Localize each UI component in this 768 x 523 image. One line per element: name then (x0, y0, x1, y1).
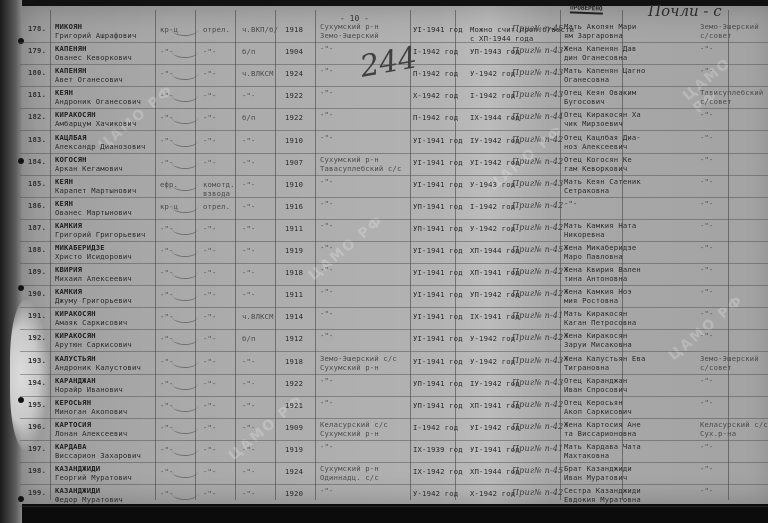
order-signature: Приг№ п-42 (512, 202, 563, 211)
table-row: 178.МИКОЯНГригорий Ашрафовичкр-цотрел.ч.… (0, 21, 768, 43)
missing-since: I-1942 год (470, 92, 515, 101)
kin-address: -"- (700, 332, 714, 341)
callup-date: IХ-1942 год (413, 468, 463, 477)
kin-address: Земо-Эшерский с/совет (700, 23, 759, 40)
given-names: Ованес Мартынович (55, 208, 132, 217)
order-signature: Приг№ п-43 (512, 357, 563, 366)
given-names: Григорий Григорьевич (55, 230, 146, 239)
entry-number: 178. (28, 25, 46, 34)
position: -"- (203, 490, 217, 499)
order-signature: Приг№ п-45 (512, 25, 563, 34)
entry-number: 198. (28, 467, 46, 476)
birth-year: 1910 (285, 181, 303, 190)
order-signature: Приг№ п-45 (512, 467, 563, 476)
callup-date: УI-1941 год (413, 247, 463, 256)
entry-number: 190. (28, 290, 46, 299)
given-names: Григорий Ашрафович (55, 31, 137, 40)
party-membership: -"- (242, 269, 256, 278)
callup-date: УI-1941 год (413, 137, 463, 146)
given-names: Аркан Кегамович (55, 164, 123, 173)
entry-number: 191. (28, 312, 46, 321)
party-membership: -"- (242, 490, 256, 499)
birthplace: -"- (320, 89, 334, 98)
entry-number: 182. (28, 113, 46, 122)
position: отрел. (203, 203, 230, 212)
kin-address: -"- (700, 134, 714, 143)
party-membership: -"- (242, 424, 256, 433)
birthplace: -"- (320, 487, 334, 496)
entry-number: 184. (28, 158, 46, 167)
birth-year: 1911 (285, 291, 303, 300)
next-of-kin: Отец Керосьян Акоп Саркисович (564, 399, 632, 416)
birth-year: 1910 (285, 137, 303, 146)
next-of-kin: Жена Калустьян Ева Тиграновна (564, 355, 646, 372)
check-mark-icon (172, 222, 198, 235)
soldier-name: КЕЯНКарапет Мартынович (55, 178, 137, 195)
missing-since: У-1942 год (470, 70, 515, 79)
callup-date: УI-1941 год (413, 313, 463, 322)
kin-address: -"- (700, 266, 714, 275)
entry-number: 183. (28, 136, 46, 145)
birthplace: -"- (320, 310, 334, 319)
entry-number: 193. (28, 357, 46, 366)
birth-year: 1919 (285, 446, 303, 455)
missing-since: Х-1942 год (470, 490, 515, 499)
table-row: 187.КАМКИЯГригорий Григорьевич-"--"--"-1… (0, 220, 768, 242)
given-names: Карапет Мартынович (55, 186, 137, 195)
check-mark-icon (172, 200, 198, 213)
callup-date: УI-1941 год (413, 26, 463, 35)
next-of-kin: Мать Кардава Чата Махтаковна (564, 443, 641, 460)
entry-number: 181. (28, 91, 46, 100)
birthplace: Сухумский р-н Земо-Эшерский (320, 23, 379, 40)
given-names: Александр Дианозович (55, 142, 146, 151)
verification-stamp: ПРОВЕРЕНО (570, 4, 603, 14)
soldier-name: МИКОЯНГригорий Ашрафович (55, 23, 137, 40)
table-row: 180.КАПЕНЯНАвет Оганесович-"--"-ч.ВЛКСМ1… (0, 65, 768, 87)
entry-number: 188. (28, 246, 46, 255)
order-signature: Приг№ п-42 (512, 423, 563, 432)
birthplace: -"- (320, 178, 334, 187)
order-signature: Приг№ п-41 (512, 445, 563, 454)
birthplace: -"- (320, 377, 334, 386)
table-row: 190.КАМКИЯДжуму Григорьевич-"--"--"-1911… (0, 286, 768, 308)
position: -"- (203, 114, 217, 123)
party-membership: -"- (242, 358, 256, 367)
next-of-kin: Брат Казанджиди Иван Муратович (564, 465, 632, 482)
check-mark-icon (172, 288, 198, 301)
party-membership: ч.ВЛКСМ (242, 70, 274, 79)
table-row: 179.КАПЕНЯНОванес Кеворкович-"--"-б/п190… (0, 43, 768, 65)
table-row: 189.КВИРИЯМихаил Алексеевич-"--"--"-1918… (0, 264, 768, 286)
birthplace: -"- (320, 244, 334, 253)
entry-number: 189. (28, 268, 46, 277)
soldier-name: КАМКИЯГригорий Григорьевич (55, 222, 146, 239)
kin-address: -"- (700, 156, 714, 165)
kin-address: -"- (700, 288, 714, 297)
entry-number: 185. (28, 180, 46, 189)
check-mark-icon (172, 156, 198, 169)
party-membership: ч.ВЛКСМ (242, 313, 274, 322)
position: -"- (203, 402, 217, 411)
callup-date: УП-1941 год (413, 402, 463, 411)
given-names: Джуму Григорьевич (55, 296, 132, 305)
check-mark-icon (172, 111, 198, 124)
callup-date: УI-1941 год (413, 291, 463, 300)
check-mark-icon (172, 178, 198, 191)
missing-since: У-1942 год (470, 335, 515, 344)
party-membership: -"- (242, 468, 256, 477)
callup-date: I-1942 год (413, 48, 458, 57)
party-membership: б/п (242, 114, 256, 123)
birthplace: -"- (320, 332, 334, 341)
order-signature: Приг№ п-43 (512, 180, 563, 189)
callup-date: УI-1941 год (413, 358, 463, 367)
check-mark-icon (172, 244, 198, 257)
given-names: Ованес Кеворкович (55, 53, 132, 62)
soldier-name: КАРТОСИЯЛонан Алексеевич (55, 421, 127, 438)
soldier-name: КАПЕНЯНОванес Кеворкович (55, 45, 132, 62)
kin-address: -"- (700, 244, 714, 253)
given-names: Авет Оганесович (55, 75, 123, 84)
order-signature: Приг№ п-42 (512, 290, 563, 299)
birth-year: 1918 (285, 269, 303, 278)
soldier-name: КИРАКОСЯНАмаяк Саркисович (55, 310, 127, 327)
entry-number: 195. (28, 401, 46, 410)
check-mark-icon (172, 45, 198, 58)
entry-number: 186. (28, 202, 46, 211)
soldier-name: КАЗАНДЖИДИФедор Муратович (55, 487, 123, 504)
entry-number: 187. (28, 224, 46, 233)
birth-year: 1912 (285, 335, 303, 344)
check-mark-icon (172, 89, 198, 102)
soldier-name: КАЗАНДЖИДИГеоргий Муратович (55, 465, 132, 482)
order-signature: Приг№ п-43 (512, 69, 563, 78)
soldier-name: КЕРОСЬЯНМиноган Акопович (55, 399, 127, 416)
check-mark-icon (172, 332, 198, 345)
table-row: 196.КАРТОСИЯЛонан Алексеевич-"--"--"-190… (0, 419, 768, 441)
birth-year: 1922 (285, 92, 303, 101)
position: -"- (203, 424, 217, 433)
table-row: 199.КАЗАНДЖИДИФедор Муратович-"--"--"-19… (0, 485, 768, 507)
position: -"- (203, 225, 217, 234)
position: -"- (203, 137, 217, 146)
next-of-kin: Отец Когосян Ке гам Кеворкович (564, 156, 632, 173)
given-names: Виссарион Захарович (55, 451, 141, 460)
callup-date: IХ-1939 год (413, 446, 463, 455)
party-membership: -"- (242, 137, 256, 146)
birth-year: 1907 (285, 159, 303, 168)
given-names: Лонан Алексеевич (55, 429, 127, 438)
table-row: 183.КАЦЛБАЯАлександр Дианозович-"--"--"-… (0, 132, 768, 154)
callup-date: П-1942 год (413, 114, 458, 123)
birthplace: -"- (320, 200, 334, 209)
position: -"- (203, 291, 217, 300)
birth-year: 1918 (285, 358, 303, 367)
birthplace: Келасурский с/с Сухумский р-н (320, 421, 388, 438)
missing-since: У-1942 год (470, 358, 515, 367)
order-signature: Приг№ п-42 (512, 489, 563, 498)
birthplace: -"- (320, 45, 334, 54)
position: -"- (203, 269, 217, 278)
order-signature: Приг№ п-43 (512, 91, 563, 100)
table-row: 181.КЕЯНАндроник Оганесович-"--"--"-1922… (0, 87, 768, 109)
party-membership: ч.ВКП/б/ (242, 26, 278, 35)
given-names: Андроник Оганесович (55, 97, 141, 106)
birth-year: 1924 (285, 468, 303, 477)
position: -"- (203, 70, 217, 79)
kin-address: -"- (700, 200, 714, 209)
order-signature: Приг№ п-42 (512, 136, 563, 145)
table-row: 182.КИРАКОСЯНАмбарцум Хачикович-"--"-б/п… (0, 109, 768, 131)
position: -"- (203, 247, 217, 256)
table-row: 186.КЕЯНОванес Мартыновичкр-цотрел.-"-19… (0, 198, 768, 220)
party-membership: -"- (242, 92, 256, 101)
birth-year: 1918 (285, 26, 303, 35)
next-of-kin: Отец Киракосян Ха чик Мирзоевич (564, 111, 641, 128)
kin-address: -"- (700, 310, 714, 319)
kin-address: -"- (700, 178, 714, 187)
next-of-kin: Сестра Казанджиди Евдокия Муратовна (564, 487, 641, 504)
soldier-name: КИРАКОСЯНАмбарцум Хачикович (55, 111, 137, 128)
callup-date: УП-1941 год (413, 203, 463, 212)
callup-date: УI-1941 год (413, 181, 463, 190)
kin-address: -"- (700, 443, 714, 452)
birthplace: -"- (320, 266, 334, 275)
position: -"- (203, 313, 217, 322)
party-membership: -"- (242, 247, 256, 256)
birthplace: Сухумский р-н Одиннадц. с/с (320, 465, 379, 482)
missing-since: У-1942 год (470, 225, 515, 234)
birthplace: Сухумский р-н Тавасуплебский с/с (320, 156, 402, 173)
birthplace: -"- (320, 111, 334, 120)
party-membership: б/п (242, 335, 256, 344)
party-membership: -"- (242, 380, 256, 389)
party-membership: -"- (242, 225, 256, 234)
check-mark-icon (172, 266, 198, 279)
check-mark-icon (172, 443, 198, 456)
check-mark-icon (172, 67, 198, 80)
position: -"- (203, 380, 217, 389)
given-names: Миноган Акопович (55, 407, 127, 416)
soldier-name: КАРАНДЖАННорайр Иванович (55, 377, 123, 394)
kin-address: -"- (700, 45, 714, 54)
check-mark-icon (172, 465, 198, 478)
order-signature: Приг№ п-42 (512, 224, 563, 233)
birth-year: 1904 (285, 48, 303, 57)
birthplace: -"- (320, 443, 334, 452)
callup-date: УI-1941 год (413, 159, 463, 168)
given-names: Норайр Иванович (55, 385, 123, 394)
entry-number: 194. (28, 379, 46, 388)
next-of-kin: -"- (564, 200, 578, 209)
table-row: 198.КАЗАНДЖИДИГеоргий Муратович-"--"--"-… (0, 463, 768, 485)
birthplace: Земо-Эшерский с/с Сухумский р-н (320, 355, 397, 372)
next-of-kin: Мать Акопян Мари ям Заргаровна (564, 23, 636, 40)
party-membership: -"- (242, 402, 256, 411)
kin-address: Земо-Эшерский с/совет (700, 355, 759, 372)
order-signature: Приг№ п-44 (512, 113, 563, 122)
position: -"- (203, 468, 217, 477)
check-mark-icon (172, 310, 198, 323)
order-signature: Приг№ п-41 (512, 312, 563, 321)
table-row: 184.КОГОСЯНАркан Кегамович-"--"--"-1907С… (0, 154, 768, 176)
given-names: Михаил Алексеевич (55, 274, 132, 283)
soldier-name: КАПЕНЯНАвет Оганесович (55, 67, 123, 84)
party-membership: -"- (242, 181, 256, 190)
given-names: Амбарцум Хачикович (55, 119, 137, 128)
table-row: 194.КАРАНДЖАННорайр Иванович-"--"--"-192… (0, 375, 768, 397)
entry-number: 197. (28, 445, 46, 454)
kin-address: -"- (700, 465, 714, 474)
next-of-kin: Мать Кеян Сатеник Сетраковна (564, 178, 641, 195)
given-names: Христо Исидорович (55, 252, 132, 261)
next-of-kin: Мать Капенян Цагно Оганесовна (564, 67, 646, 84)
table-row: 192.КИРАКОСЯНАрутюн Саркисович-"--"-б/п1… (0, 330, 768, 352)
birth-year: 1916 (285, 203, 303, 212)
given-names: Георгий Муратович (55, 473, 132, 482)
birthplace: -"- (320, 222, 334, 231)
callup-date: УI-1941 год (413, 269, 463, 278)
check-mark-icon (172, 355, 198, 368)
soldier-name: КИРАКОСЯНАрутюн Саркисович (55, 332, 132, 349)
next-of-kin: Жена Киракосян Заруи Мисаковна (564, 332, 632, 349)
table-row: 197.КАРДАВАВиссарион Захарович-"--"--"-1… (0, 441, 768, 463)
callup-date: У-1942 год (413, 490, 458, 499)
missing-since: I-1942 год (470, 203, 515, 212)
order-signature: Приг№ п-43 (512, 47, 563, 56)
kin-address: Келасурский с/с Сух.р-на (700, 421, 768, 438)
next-of-kin: Жена Камкия Ноэ мия Ростовна (564, 288, 632, 305)
birthplace: -"- (320, 399, 334, 408)
check-mark-icon (172, 421, 198, 434)
table-row: 191.КИРАКОСЯНАмаяк Саркисович-"--"-ч.ВЛК… (0, 308, 768, 330)
birth-year: 1920 (285, 490, 303, 499)
next-of-kin: Отец Кацлбая Диа- ноз Алексеевич (564, 134, 641, 151)
next-of-kin: Мать Киракосян Каган Петросовна (564, 310, 636, 327)
next-of-kin: Отец Кеян Оваким Бугосович (564, 89, 636, 106)
callup-date: УП-1941 год (413, 225, 463, 234)
table-row: 193.КАЛУСТЬЯНАндроник Калустович-"--"--"… (0, 353, 768, 375)
check-mark-icon (172, 377, 198, 390)
order-signature: Приг№ п-42 (512, 268, 563, 277)
soldier-name: КЕЯНАндроник Оганесович (55, 89, 141, 106)
order-signature: Приг№ п-42 (512, 158, 563, 167)
birthplace: -"- (320, 134, 334, 143)
position: комотд. взвода (203, 181, 235, 198)
soldier-name: КВИРИЯМихаил Алексеевич (55, 266, 132, 283)
soldier-name: КАЦЛБАЯАлександр Дианозович (55, 134, 146, 151)
handwritten-note: Почли - с (648, 2, 722, 20)
callup-date: УП-1941 год (413, 380, 463, 389)
callup-date: УI-1941 год (413, 335, 463, 344)
soldier-name: КОГОСЯНАркан Кегамович (55, 156, 123, 173)
table-row: 185.КЕЯНКарапет Мартыновичефр.комотд. вз… (0, 176, 768, 198)
next-of-kin: Жена Картосия Ане та Виссарионовна (564, 421, 641, 438)
order-signature: Приг№ п-45 (512, 246, 563, 255)
position: -"- (203, 335, 217, 344)
kin-address: Тависуплебский с/совет (700, 89, 763, 106)
kin-address: -"- (700, 399, 714, 408)
position: -"- (203, 358, 217, 367)
given-names: Федор Муратович (55, 495, 123, 504)
party-membership: -"- (242, 159, 256, 168)
birth-year: 1911 (285, 225, 303, 234)
check-mark-icon (172, 23, 198, 36)
soldier-name: КАМКИЯДжуму Григорьевич (55, 288, 132, 305)
kin-address: -"- (700, 67, 714, 76)
check-mark-icon (172, 399, 198, 412)
party-membership: -"- (242, 203, 256, 212)
party-membership: -"- (242, 446, 256, 455)
entry-number: 192. (28, 334, 46, 343)
soldier-name: КАЛУСТЬЯНАндроник Калустович (55, 355, 141, 372)
order-signature: Приг№ п-42 (512, 401, 563, 410)
callup-date: П-1942 год (413, 70, 458, 79)
next-of-kin: Мать Камкия Ната Никоревна (564, 222, 636, 239)
position: -"- (203, 159, 217, 168)
entry-number: 196. (28, 423, 46, 432)
order-signature: Приг№ п-42 (512, 334, 563, 343)
birth-year: 1922 (285, 114, 303, 123)
given-names: Андроник Калустович (55, 363, 141, 372)
birth-year: 1924 (285, 70, 303, 79)
position: -"- (203, 92, 217, 101)
table-row: 195.КЕРОСЬЯНМиноган Акопович-"--"--"-192… (0, 397, 768, 419)
next-of-kin: Жена Капенян Дав дин Оганесовна (564, 45, 636, 62)
given-names: Арутюн Саркисович (55, 340, 132, 349)
entry-number: 179. (28, 47, 46, 56)
given-names: Амаяк Саркисович (55, 318, 127, 327)
birthplace: -"- (320, 288, 334, 297)
birthplace: -"- (320, 67, 334, 76)
position: отрел. (203, 26, 230, 35)
next-of-kin: Жена Квирия Вален тина Антоновна (564, 266, 641, 283)
birth-year: 1914 (285, 313, 303, 322)
next-of-kin: Жена Микаберидзе Маро Павловна (564, 244, 636, 261)
party-membership: -"- (242, 291, 256, 300)
position: -"- (203, 446, 217, 455)
missing-since: У-1943 год (470, 181, 515, 190)
next-of-kin: Отец Каранджан Иван Спросович (564, 377, 627, 394)
birth-year: 1922 (285, 380, 303, 389)
entry-number: 199. (28, 489, 46, 498)
soldier-name: КЕЯНОванес Мартынович (55, 200, 132, 217)
birth-year: 1909 (285, 424, 303, 433)
soldier-name: КАРДАВАВиссарион Захарович (55, 443, 141, 460)
position: -"- (203, 48, 217, 57)
birth-year: 1921 (285, 402, 303, 411)
callup-date: Х-1942 год (413, 92, 458, 101)
table-row: 188.МИКАБЕРИДЗЕХристо Исидорович-"--"--"… (0, 242, 768, 264)
soldier-name: МИКАБЕРИДЗЕХристо Исидорович (55, 244, 132, 261)
party-membership: б/п (242, 48, 256, 57)
callup-date: I-1942 год (413, 424, 458, 433)
check-mark-icon (172, 487, 198, 500)
kin-address: -"- (700, 111, 714, 120)
check-mark-icon (172, 134, 198, 147)
birth-year: 1919 (285, 247, 303, 256)
kin-address: -"- (700, 487, 714, 496)
kin-address: -"- (700, 377, 714, 386)
kin-address: -"- (700, 222, 714, 231)
order-signature: Приг№ п-43 (512, 379, 563, 388)
entry-number: 180. (28, 69, 46, 78)
